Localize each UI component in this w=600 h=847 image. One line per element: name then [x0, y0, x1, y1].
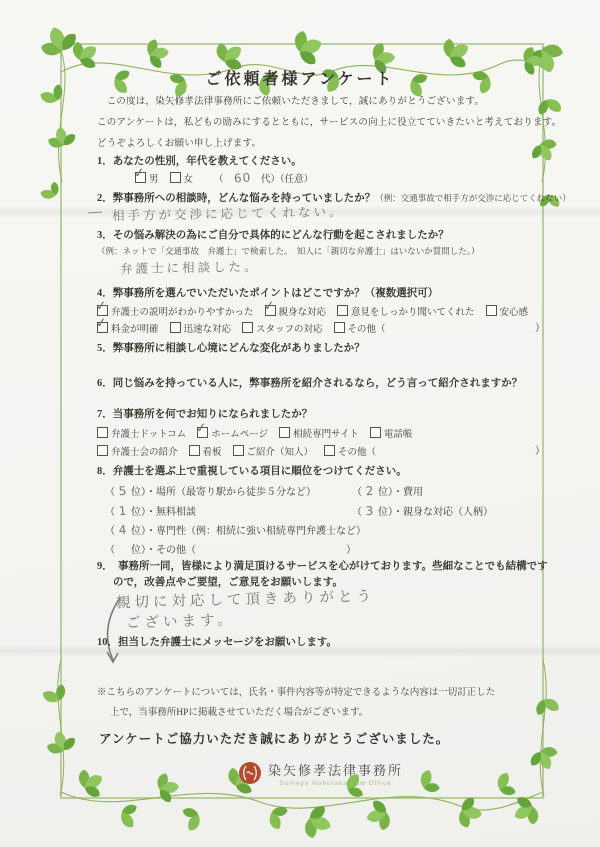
firm-name: 染矢修孝法律事務所 — [268, 760, 403, 779]
checkbox-option: ご紹介（知人） — [233, 448, 314, 458]
checkbox-option: 男 — [135, 175, 159, 185]
firm-logo-icon — [238, 760, 262, 786]
age-group: （60代）（任意） — [214, 175, 313, 185]
checkbox-icon[interactable] — [337, 305, 348, 316]
q2-example: （例：交通事故で相手方が交渉に応じてくれない） — [375, 193, 571, 203]
page-title: ご依頼者様アンケート — [0, 66, 600, 89]
checkbox-icon[interactable] — [265, 305, 276, 316]
checkbox-icon[interactable] — [170, 322, 181, 333]
checkbox-icon[interactable] — [97, 427, 108, 438]
checkbox-option: 女 — [170, 175, 194, 185]
q7-label: 7．当事務所を何でお知りになられましたか？ — [97, 406, 545, 421]
intro-line-3: どうぞよろしくお願い申し上げます。 — [97, 135, 545, 149]
rank-field[interactable] — [115, 552, 131, 553]
q8-item-other: （位）・その他（） — [105, 541, 553, 556]
rank-field[interactable]: 3 — [362, 503, 379, 518]
rank-field[interactable]: 1 — [115, 503, 132, 518]
rank-field[interactable]: 2 — [362, 483, 379, 498]
rank-field[interactable]: 4 — [115, 522, 132, 537]
option-label: 女 — [184, 175, 194, 185]
q9-answer-line2: ございます。 — [126, 610, 574, 631]
closing-paren: ） — [346, 545, 356, 556]
q9-answer-line1: 親切に対応して頂きありがとう — [116, 588, 564, 609]
q3-answer: 弁護士に相談した。 — [120, 258, 568, 277]
firm-name-block: 染矢修孝法律事務所 Someya Nobutaka Law Office — [268, 760, 403, 787]
checkbox-icon[interactable] — [242, 322, 253, 333]
rank-field[interactable]: 5 — [115, 483, 132, 498]
checkbox-icon[interactable] — [233, 445, 244, 456]
closing-paren: ） — [535, 442, 545, 457]
checkbox-option: スタッフの対応 — [242, 325, 323, 335]
checkbox-option: 意見をしっかり聞いてくれた — [337, 308, 475, 318]
checkbox-option: 親身な対応 — [265, 308, 327, 318]
checkbox-icon[interactable] — [197, 427, 208, 438]
checkbox-option: その他（ — [334, 325, 386, 335]
checkbox-option: 電話帳 — [370, 430, 413, 440]
q10-label: 10．担当した弁護士にメッセージをお願いします。 — [97, 634, 545, 649]
checkbox-option: 料金が明確 — [97, 325, 159, 335]
q5-label: 5．弊事務所に相談し心境にどんな変化がありましたか？ — [97, 340, 545, 355]
thanks-message: アンケートご協力いただき誠にありがとうございました。 — [99, 729, 547, 747]
checkbox-option: 看板 — [189, 448, 222, 458]
checkbox-option: ホームページ — [197, 430, 268, 440]
checkbox-option: その他（ — [324, 448, 376, 458]
checkbox-icon[interactable] — [97, 445, 108, 456]
privacy-note-line1: ※こちらのアンケートについては，氏名・事件内容等が特定できるような内容は一切訂正… — [97, 684, 545, 698]
checkbox-icon[interactable] — [334, 322, 345, 333]
firm-logo: 染矢修孝法律事務所 Someya Nobutaka Law Office — [238, 760, 403, 787]
privacy-note-line2: 上で，当事務所HPに掲載させていただく場合がございます。 — [110, 704, 558, 718]
q9-label-line1: 9． 事務所一同，皆様により満足頂けるサービスを心がけております。些細なことでも… — [97, 558, 545, 573]
intro-line-2: このアンケートは，私どもの励みにするとともに，サービスの向上に役立てていきたいと… — [97, 114, 545, 128]
checkbox-option: 弁護士会の紹介 — [97, 448, 178, 458]
checkbox-icon[interactable] — [135, 172, 146, 183]
q8-item-personal: （3位）・親身な対応（人柄） — [352, 503, 600, 518]
checkbox-icon[interactable] — [486, 305, 497, 316]
q2-answer: 相手方が交渉に応じてくれない。 — [112, 204, 560, 223]
q7-options-row1: 弁護士ドットコム ホームページ 相続専門サイト 電話帳 — [97, 424, 545, 442]
q8-item-specialty: （4位）・専門性（例：相続に強い相続専門弁護士など） — [105, 522, 553, 537]
checkbox-option: 弁護士の説明がわかりやすかった — [97, 308, 254, 318]
closing-paren: ） — [535, 319, 545, 334]
q3-label: 3．その悩み解決の為にご自分で具体的にどんな行動を起こされましたか？ — [97, 227, 545, 242]
checkbox-option: 弁護士ドットコム — [97, 430, 186, 440]
checkbox-option: 相続専門サイト — [279, 430, 359, 440]
age-field[interactable]: 60 — [233, 170, 251, 185]
firm-name-en: Someya Nobutaka Law Office — [268, 780, 403, 787]
q7-options-row2: 弁護士会の紹介 看板 ご紹介（知人） その他（ ） — [97, 442, 545, 460]
q1-options: 男 女 （60代）（任意） — [135, 169, 583, 187]
checkbox-icon[interactable] — [279, 427, 290, 438]
q3-example: （例：ネットで「交通事故 弁護士」で検索した。 知人に「親切な弁護士」はいないか… — [97, 245, 545, 257]
q1-label: 1．あなたの性別，年代を教えてください。 — [97, 153, 545, 168]
checkbox-icon[interactable] — [324, 445, 335, 456]
checkbox-icon[interactable] — [97, 305, 108, 316]
checkbox-icon[interactable] — [170, 172, 181, 183]
checkbox-icon[interactable] — [189, 445, 200, 456]
q8-label: 8．弁護士を選ぶ上で重視している項目に順位をつけてください。 — [97, 463, 545, 478]
scanned-survey-page: ご依頼者様アンケート この度は，染矢修孝法律事務所にご依頼いただきまして，誠にあ… — [0, 0, 600, 847]
q8-item-cost: （2位）・費用 — [352, 483, 600, 498]
option-label: 男 — [149, 175, 159, 185]
intro-line-1: この度は，染矢修孝法律事務所にご依頼いただきまして，誠にありがとうございます。 — [97, 93, 545, 107]
checkbox-icon[interactable] — [370, 427, 381, 438]
checkbox-option: 安心感 — [486, 308, 529, 318]
checkbox-option: 迅速な対応 — [170, 325, 232, 335]
q4-label: 4．弊事務所を選んでいただいたポイントはどこですか？（複数選択可） — [97, 285, 545, 300]
q4-options-row1: 弁護士の説明がわかりやすかった 親身な対応 意見をしっかり聞いてくれた 安心感 — [97, 302, 545, 320]
checkbox-icon[interactable] — [97, 322, 108, 333]
q6-label: 6．同じ悩みを持っている人に，弊事務所を紹介されるなら，どう言って紹介されますか… — [97, 375, 545, 390]
q4-options-row2: 料金が明確 迅速な対応 スタッフの対応 その他（ ） — [97, 319, 545, 337]
